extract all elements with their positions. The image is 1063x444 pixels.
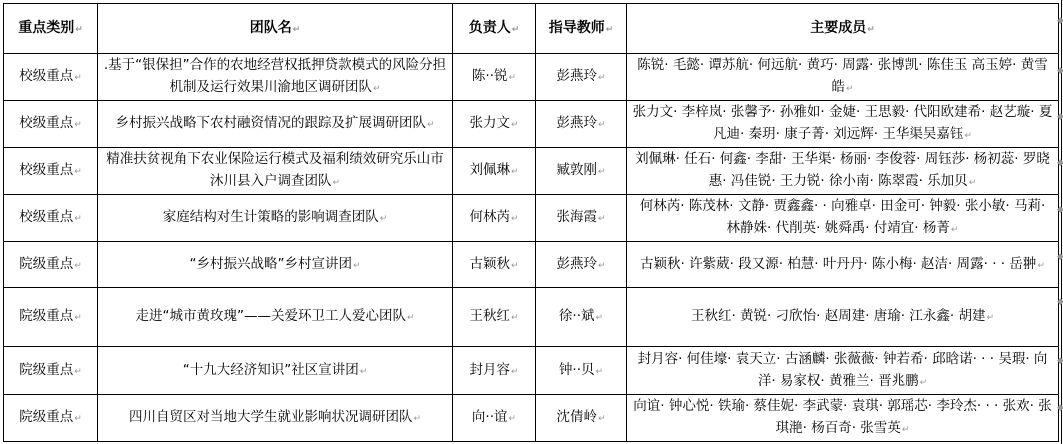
cell-team: 乡村振兴战略下农村融资情况的跟踪及扩展调研团队↵ — [98, 101, 453, 148]
row-end-mark-icon: ◆ — [1057, 112, 1063, 122]
paragraph-mark-icon: ↵ — [74, 214, 82, 224]
paragraph-mark-icon: ↵ — [511, 214, 519, 224]
paragraph-mark-icon: ↵ — [407, 313, 415, 323]
cell-members: 向谊· 钟心悦· 铁瑜· 蔡佳妮· 李武蒙· 袁琪· 郭瑶芯· 李玲杰· · ·… — [627, 395, 1059, 442]
cell-advisor: 张海霞↵ — [536, 195, 627, 242]
paragraph-mark-icon: ↵ — [986, 313, 994, 323]
paragraph-mark-icon: ↵ — [902, 425, 910, 435]
cell-team: 精准扶贫视角下农业保险运行模式及福利绩效研究乐山市沐川县入户调查团队↵ — [98, 148, 453, 195]
row-end-mark-icon: ◆ — [1057, 66, 1063, 76]
cell-category: 校级重点↵ — [4, 195, 98, 242]
cell-team: 家庭结构对生计策略的影响调查团队↵ — [98, 195, 453, 242]
table-row: 校级重点↵ 精准扶贫视角下农业保险运行模式及福利绩效研究乐山市沐川县入户调查团队… — [4, 148, 1059, 195]
row-end-mark-icon: ◆ — [1057, 16, 1063, 26]
cell-category: 院级重点↵ — [4, 242, 98, 288]
cell-leader: 封月容↵ — [453, 347, 536, 395]
paragraph-mark-icon: ↵ — [74, 120, 82, 130]
cell-advisor: 沈倩岭↵ — [536, 395, 627, 442]
cell-category: 校级重点↵ — [4, 101, 98, 148]
cell-team: 四川自贸区对当地大学生就业影响状况调研团队↵ — [98, 395, 453, 442]
table-row: 校级重点↵ 乡村振兴战略下农村融资情况的跟踪及扩展调研团队↵ 张力文↵ 彭燕玲↵… — [4, 101, 1059, 148]
paragraph-mark-icon: ↵ — [75, 25, 83, 35]
cell-members: 何林芮· 陈茂林· 文静· 贾鑫鑫· · 向雅卓· 田金可· 钟毅· 张小敏· … — [627, 195, 1059, 242]
table-header-row: 重点类别↵ 团队名↵ 负责人↵ 指导教师↵ 主要成员↵ — [4, 4, 1059, 54]
paragraph-mark-icon: ↵ — [74, 414, 82, 424]
paragraph-mark-icon: ↵ — [74, 313, 82, 323]
row-end-mark-icon: ◆ — [1057, 205, 1063, 215]
row-end-mark-icon: ◆ — [1057, 297, 1063, 307]
paragraph-mark-icon: ↵ — [606, 25, 614, 35]
paragraph-mark-icon: ↵ — [413, 414, 421, 424]
paragraph-mark-icon: ↵ — [332, 178, 340, 188]
header-members: 主要成员↵ — [627, 4, 1059, 54]
paragraph-mark-icon: ↵ — [867, 25, 875, 35]
cell-members: 古颖秋· 许紫葳· 段又源· 柏慧· 叶丹丹· 陈小梅· 赵洁· 周露· · ·… — [627, 242, 1059, 288]
paragraph-mark-icon: ↵ — [951, 225, 959, 235]
paragraph-mark-icon: ↵ — [846, 84, 854, 94]
cell-members: 刘佩琳· 任石· 何鑫· 李甜· 王华渠· 杨丽· 李俊蓉· 周钰莎· 杨初蕊·… — [627, 148, 1059, 195]
paragraph-mark-icon: ↵ — [74, 367, 82, 377]
paragraph-mark-icon: ↵ — [511, 261, 519, 271]
cell-category: 院级重点↵ — [4, 347, 98, 395]
paragraph-mark-icon: ↵ — [596, 367, 604, 377]
cell-advisor: 臧敦刚↵ — [536, 148, 627, 195]
cell-category: 校级重点↵ — [4, 148, 98, 195]
cell-category: 院级重点↵ — [4, 395, 98, 442]
table-row: 校级重点↵ 家庭结构对生计策略的影响调查团队↵ 何林芮↵ 张海霞↵ 何林芮· 陈… — [4, 195, 1059, 242]
paragraph-mark-icon: ↵ — [353, 261, 361, 271]
cell-team: 走进“城市黄玫瑰”——关爱环卫工人爱心团队↵ — [98, 288, 453, 347]
row-end-mark-icon: ◆ — [1057, 356, 1063, 366]
header-leader: 负责人↵ — [453, 4, 536, 54]
paragraph-mark-icon: ↵ — [1037, 261, 1045, 271]
cell-members: 王秋红· 黄锐· 刁欣怡· 赵周建· 唐瑜· 江永鑫· 胡建↵ — [627, 288, 1059, 347]
paragraph-mark-icon: ↵ — [598, 414, 606, 424]
cell-leader: 陈··锐↵ — [453, 54, 536, 101]
paragraph-mark-icon: ↵ — [598, 167, 606, 177]
cell-leader: 张力文↵ — [453, 101, 536, 148]
cell-leader: 刘佩琳↵ — [453, 148, 536, 195]
cell-members: 张力文· 李梓岚· 张馨予· 孙雅如· 金婕· 王思毅· 代阳欧建希· 赵艺璇·… — [627, 101, 1059, 148]
paragraph-mark-icon: ↵ — [380, 214, 388, 224]
cell-advisor: 彭燕玲↵ — [536, 101, 627, 148]
header-team: 团队名↵ — [98, 4, 453, 54]
cell-members: 陈锐· 毛懿· 谭苏航· 何远航· 黄巧· 周露· 张博凯· 陈佳玉 高玉婷· … — [627, 54, 1059, 101]
paragraph-mark-icon: ↵ — [598, 214, 606, 224]
paragraph-mark-icon: ↵ — [509, 73, 517, 83]
paragraph-mark-icon: ↵ — [511, 167, 519, 177]
cell-team: “乡村振兴战略”乡村宣讲团↵ — [98, 242, 453, 288]
cell-members: 封月容· 何佳壕· 袁天立· 古涵麟· 张薇薇· 钟若希· 邱晗诺· · · 吴… — [627, 347, 1059, 395]
paragraph-mark-icon: ↵ — [511, 367, 519, 377]
paragraph-mark-icon: ↵ — [964, 131, 972, 141]
cell-leader: 向··谊↵ — [453, 395, 536, 442]
paragraph-mark-icon: ↵ — [511, 120, 519, 130]
cell-leader: 古颖秋↵ — [453, 242, 536, 288]
paragraph-mark-icon: ↵ — [360, 367, 368, 377]
header-advisor: 指导教师↵ — [536, 4, 627, 54]
paragraph-mark-icon: ↵ — [74, 73, 82, 83]
cell-category: 院级重点↵ — [4, 288, 98, 347]
paragraph-mark-icon: ↵ — [373, 84, 381, 94]
paragraph-mark-icon: ↵ — [920, 378, 928, 388]
paragraph-mark-icon: ↵ — [509, 414, 517, 424]
cell-leader: 王秋红↵ — [453, 288, 536, 347]
cell-advisor: 彭燕玲↵ — [536, 242, 627, 288]
header-category: 重点类别↵ — [4, 4, 98, 54]
cell-team: .基于“银保担”合作的农地经营权抵押贷款模式的风险分担机制及运行效果川渝地区调研… — [98, 54, 453, 101]
table-row: 院级重点↵ 四川自贸区对当地大学生就业影响状况调研团队↵ 向··谊↵ 沈倩岭↵ … — [4, 395, 1059, 442]
paragraph-mark-icon: ↵ — [969, 178, 977, 188]
cell-advisor: 徐··斌↵ — [536, 288, 627, 347]
row-end-mark-icon: ◆ — [1057, 403, 1063, 413]
paragraph-mark-icon: ↵ — [512, 25, 520, 35]
table-row: 院级重点↵ “乡村振兴战略”乡村宣讲团↵ 古颖秋↵ 彭燕玲↵ 古颖秋· 许紫葳·… — [4, 242, 1059, 288]
teams-table: 重点类别↵ 团队名↵ 负责人↵ 指导教师↵ 主要成员↵ 校级重点↵ .基于“银保… — [3, 3, 1059, 442]
cell-team: “十九大经济知识”社区宣讲团↵ — [98, 347, 453, 395]
paragraph-mark-icon: ↵ — [598, 261, 606, 271]
cell-advisor: 彭燕玲↵ — [536, 54, 627, 101]
row-end-mark-icon: ◆ — [1057, 252, 1063, 262]
cell-leader: 何林芮↵ — [453, 195, 536, 242]
table-row: 院级重点↵ 走进“城市黄玫瑰”——关爱环卫工人爱心团队↵ 王秋红↵ 徐··斌↵ … — [4, 288, 1059, 347]
paragraph-mark-icon: ↵ — [74, 167, 82, 177]
paragraph-mark-icon: ↵ — [74, 261, 82, 271]
paragraph-mark-icon: ↵ — [427, 120, 435, 130]
paragraph-mark-icon: ↵ — [598, 120, 606, 130]
paragraph-mark-icon: ↵ — [293, 25, 301, 35]
paragraph-mark-icon: ↵ — [511, 313, 519, 323]
cell-category: 校级重点↵ — [4, 54, 98, 101]
row-end-mark-icon: ◆ — [1057, 158, 1063, 168]
paragraph-mark-icon: ↵ — [598, 73, 606, 83]
paragraph-mark-icon: ↵ — [596, 313, 604, 323]
cell-advisor: 钟··贝↵ — [536, 347, 627, 395]
table-row: 院级重点↵ “十九大经济知识”社区宣讲团↵ 封月容↵ 钟··贝↵ 封月容· 何佳… — [4, 347, 1059, 395]
table-row: 校级重点↵ .基于“银保担”合作的农地经营权抵押贷款模式的风险分担机制及运行效果… — [4, 54, 1059, 101]
